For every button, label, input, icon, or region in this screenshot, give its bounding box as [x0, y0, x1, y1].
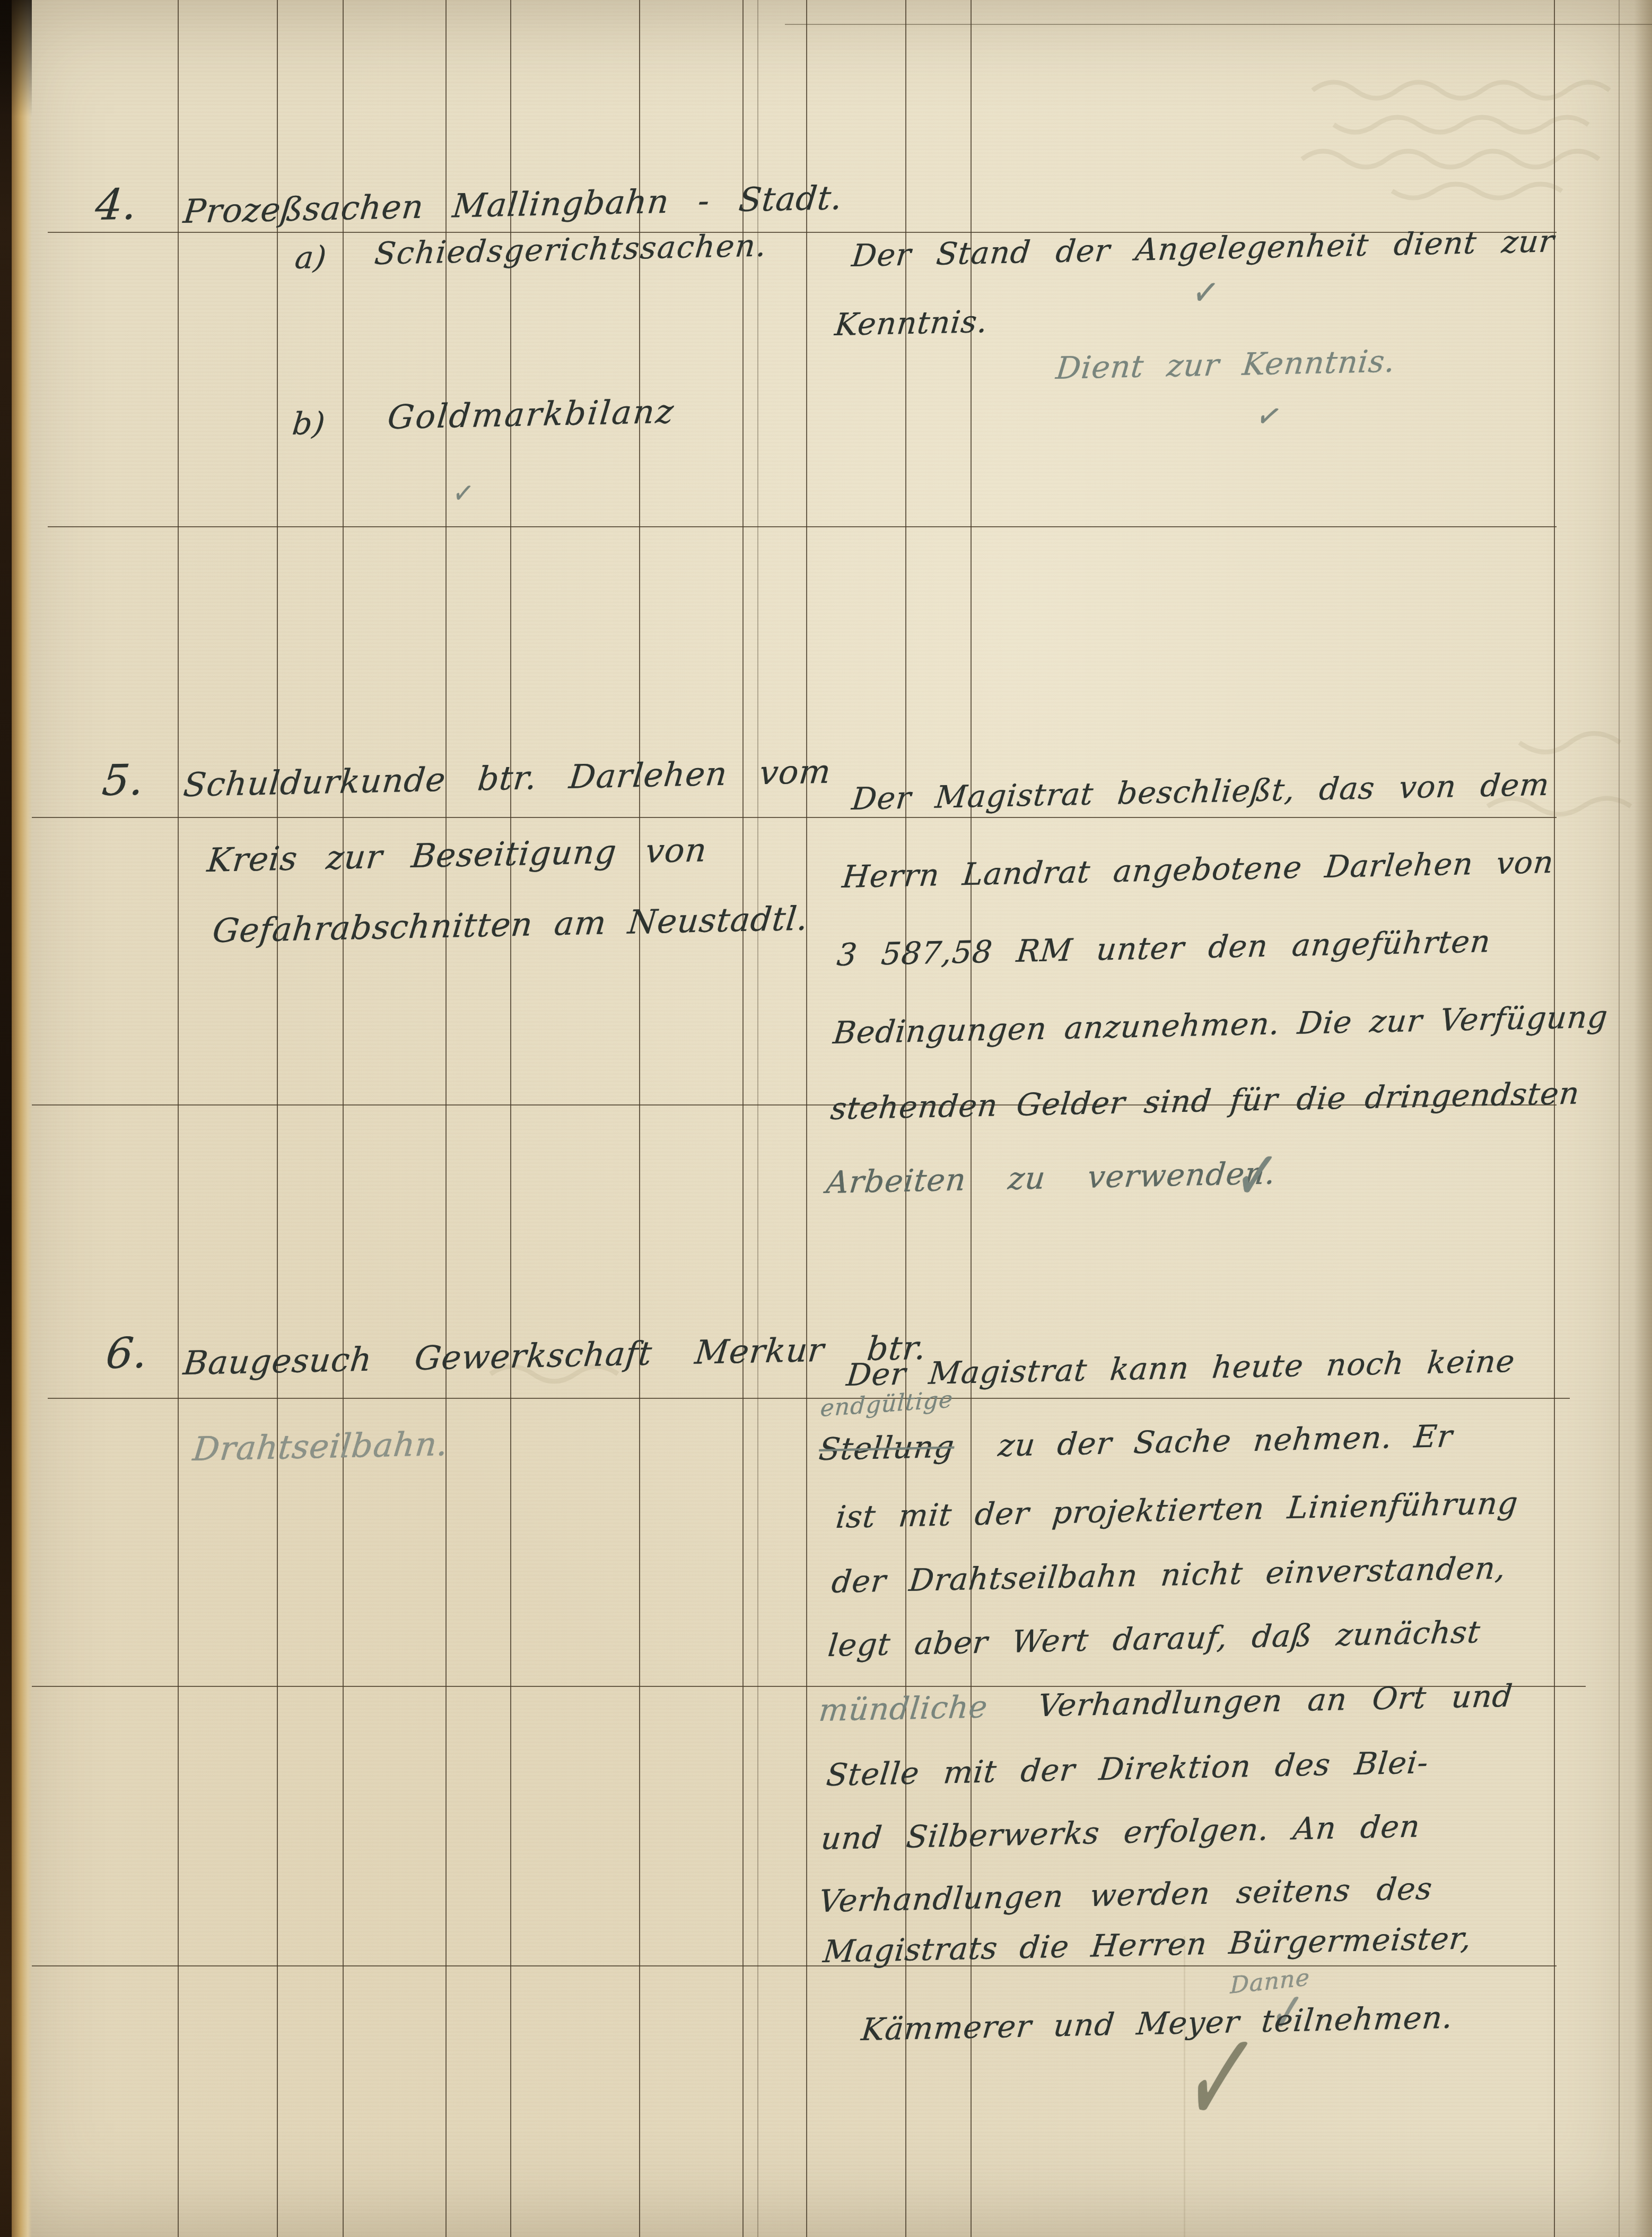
entry-5-resolution-tail: Arbeiten zu verwenden.: [825, 1155, 1278, 1200]
column-rule: [277, 0, 278, 2237]
entry-6-resolution-line: Stellung zu der Sache nehmen. Er: [817, 1418, 1454, 1467]
entry-5-number: 5.: [100, 755, 147, 805]
entry-4-subject: Prozeßsachen Mallingbahn - Stadt.: [182, 178, 845, 231]
column-rule: [757, 0, 758, 2237]
entry-6-insertion: endgültige: [819, 1386, 954, 1422]
page-right-edge-shadow: [1634, 0, 1652, 2237]
entry-6-line2-rest: zu der Sache nehmen. Er: [997, 1418, 1454, 1464]
column-rule: [510, 0, 511, 2237]
column-rule: [806, 0, 807, 2237]
book-gutter-edge: [0, 0, 12, 2237]
entry-4-resolution-line: Der Stand der Angelegenheit dient zur: [850, 223, 1556, 274]
column-rule: [178, 0, 179, 2237]
row-rule: [48, 526, 1557, 527]
entry-6-resolution-last-line: Kämmerer und Meyer teilnehmen.: [860, 1999, 1455, 2048]
entry-6-resolution-line: ist mit der projektierten Linienführung: [834, 1485, 1520, 1535]
entry-6-line6-rest: Verhandlungen an Ort und: [1036, 1678, 1515, 1724]
top-left-shadow: [0, 0, 32, 117]
entry-6-resolution-line: legt aber Wert darauf, daß zunächst: [826, 1614, 1482, 1664]
row-rule: [32, 817, 1557, 818]
entry-6-number: 6.: [104, 1328, 151, 1378]
entry-5-resolution-line: 3 587,58 RM unter den angeführten: [835, 923, 1492, 973]
checkmark-icon: ✓: [451, 475, 476, 512]
column-rule: [742, 0, 744, 2237]
entry-5-resolution-line: Herrn Landrat angebotene Darlehen von: [841, 844, 1555, 895]
entry-6-resolution-line: und Silberwerks erfolgen. An den: [819, 1808, 1422, 1857]
entry-6-subject: Baugesuch Gewerkschaft Merkur btr.: [182, 1328, 929, 1382]
column-rule: [1554, 0, 1555, 2237]
entry-6-resolution-line: Verhandlungen werden seitens des: [817, 1870, 1434, 1919]
entry-6-resolution-line: Magistrats die Herren Bürgermeister,: [821, 1920, 1473, 1970]
scanned-ledger-page: 4. Prozeßsachen Mallingbahn - Stadt. a) …: [0, 0, 1652, 2237]
checkmark-icon: ✓: [1252, 394, 1286, 439]
entry-6-resolution-line: der Drahtseilbahn nicht einverstanden,: [830, 1550, 1508, 1600]
entry-6-resolution-line: mündliche Verhandlungen an Ort und: [817, 1678, 1515, 1728]
entry-5-resolution-line: stehenden Gelder sind für die dringendst…: [829, 1075, 1581, 1127]
row-rule: [32, 1965, 1557, 1966]
entry-6-subject-addition: Drahtseilbahn.: [191, 1424, 450, 1468]
page-left-paper-edge: [12, 0, 32, 2237]
entry-5-resolution-line: Der Magistrat beschließt, das von dem: [850, 767, 1551, 817]
entry-4-item-a-label: a): [293, 239, 328, 276]
row-rule: [785, 24, 1652, 25]
checkmark-icon: ✓: [1190, 269, 1222, 316]
entry-5-resolution-line: Bedingungen anzunehmen. Die zur Verfügun…: [832, 998, 1610, 1050]
entry-4-item-b: Goldmarkbilanz: [386, 392, 677, 437]
entry-6-resolution-line: Der Magistrat kann heute noch keine: [845, 1343, 1517, 1393]
column-rule: [343, 0, 344, 2237]
page-edge-rule: [1619, 0, 1620, 2237]
entry-6-resolution-line: Stelle mit der Direktion des Blei-: [825, 1744, 1430, 1793]
entry-5-subject-line: Gefahrabschnitten am Neustadtl.: [211, 899, 810, 950]
row-rule: [48, 1398, 1570, 1399]
entry-4-number: 4.: [93, 179, 140, 230]
entry-6-line6-grey-word: mündliche: [817, 1688, 990, 1728]
paper-crease: [1184, 1936, 1185, 2237]
column-rule: [639, 0, 640, 2237]
entry-4-resolution-b: Dient zur Kenntnis.: [1054, 343, 1397, 386]
entry-5-subject-line: Schuldurkunde btr. Darlehen vom: [182, 752, 833, 804]
checkmark-icon: ✓: [1231, 1132, 1283, 1219]
entry-6-struck-word: Stellung: [817, 1429, 956, 1467]
entry-5-subject-line: Kreis zur Beseitigung von: [206, 830, 709, 880]
entry-4-resolution-line: Kenntnis.: [833, 303, 990, 343]
column-rule: [445, 0, 447, 2237]
entry-4-item-b-label: b): [291, 405, 327, 442]
entry-4-item-a: Schiedsgerichtssachen.: [373, 228, 769, 272]
